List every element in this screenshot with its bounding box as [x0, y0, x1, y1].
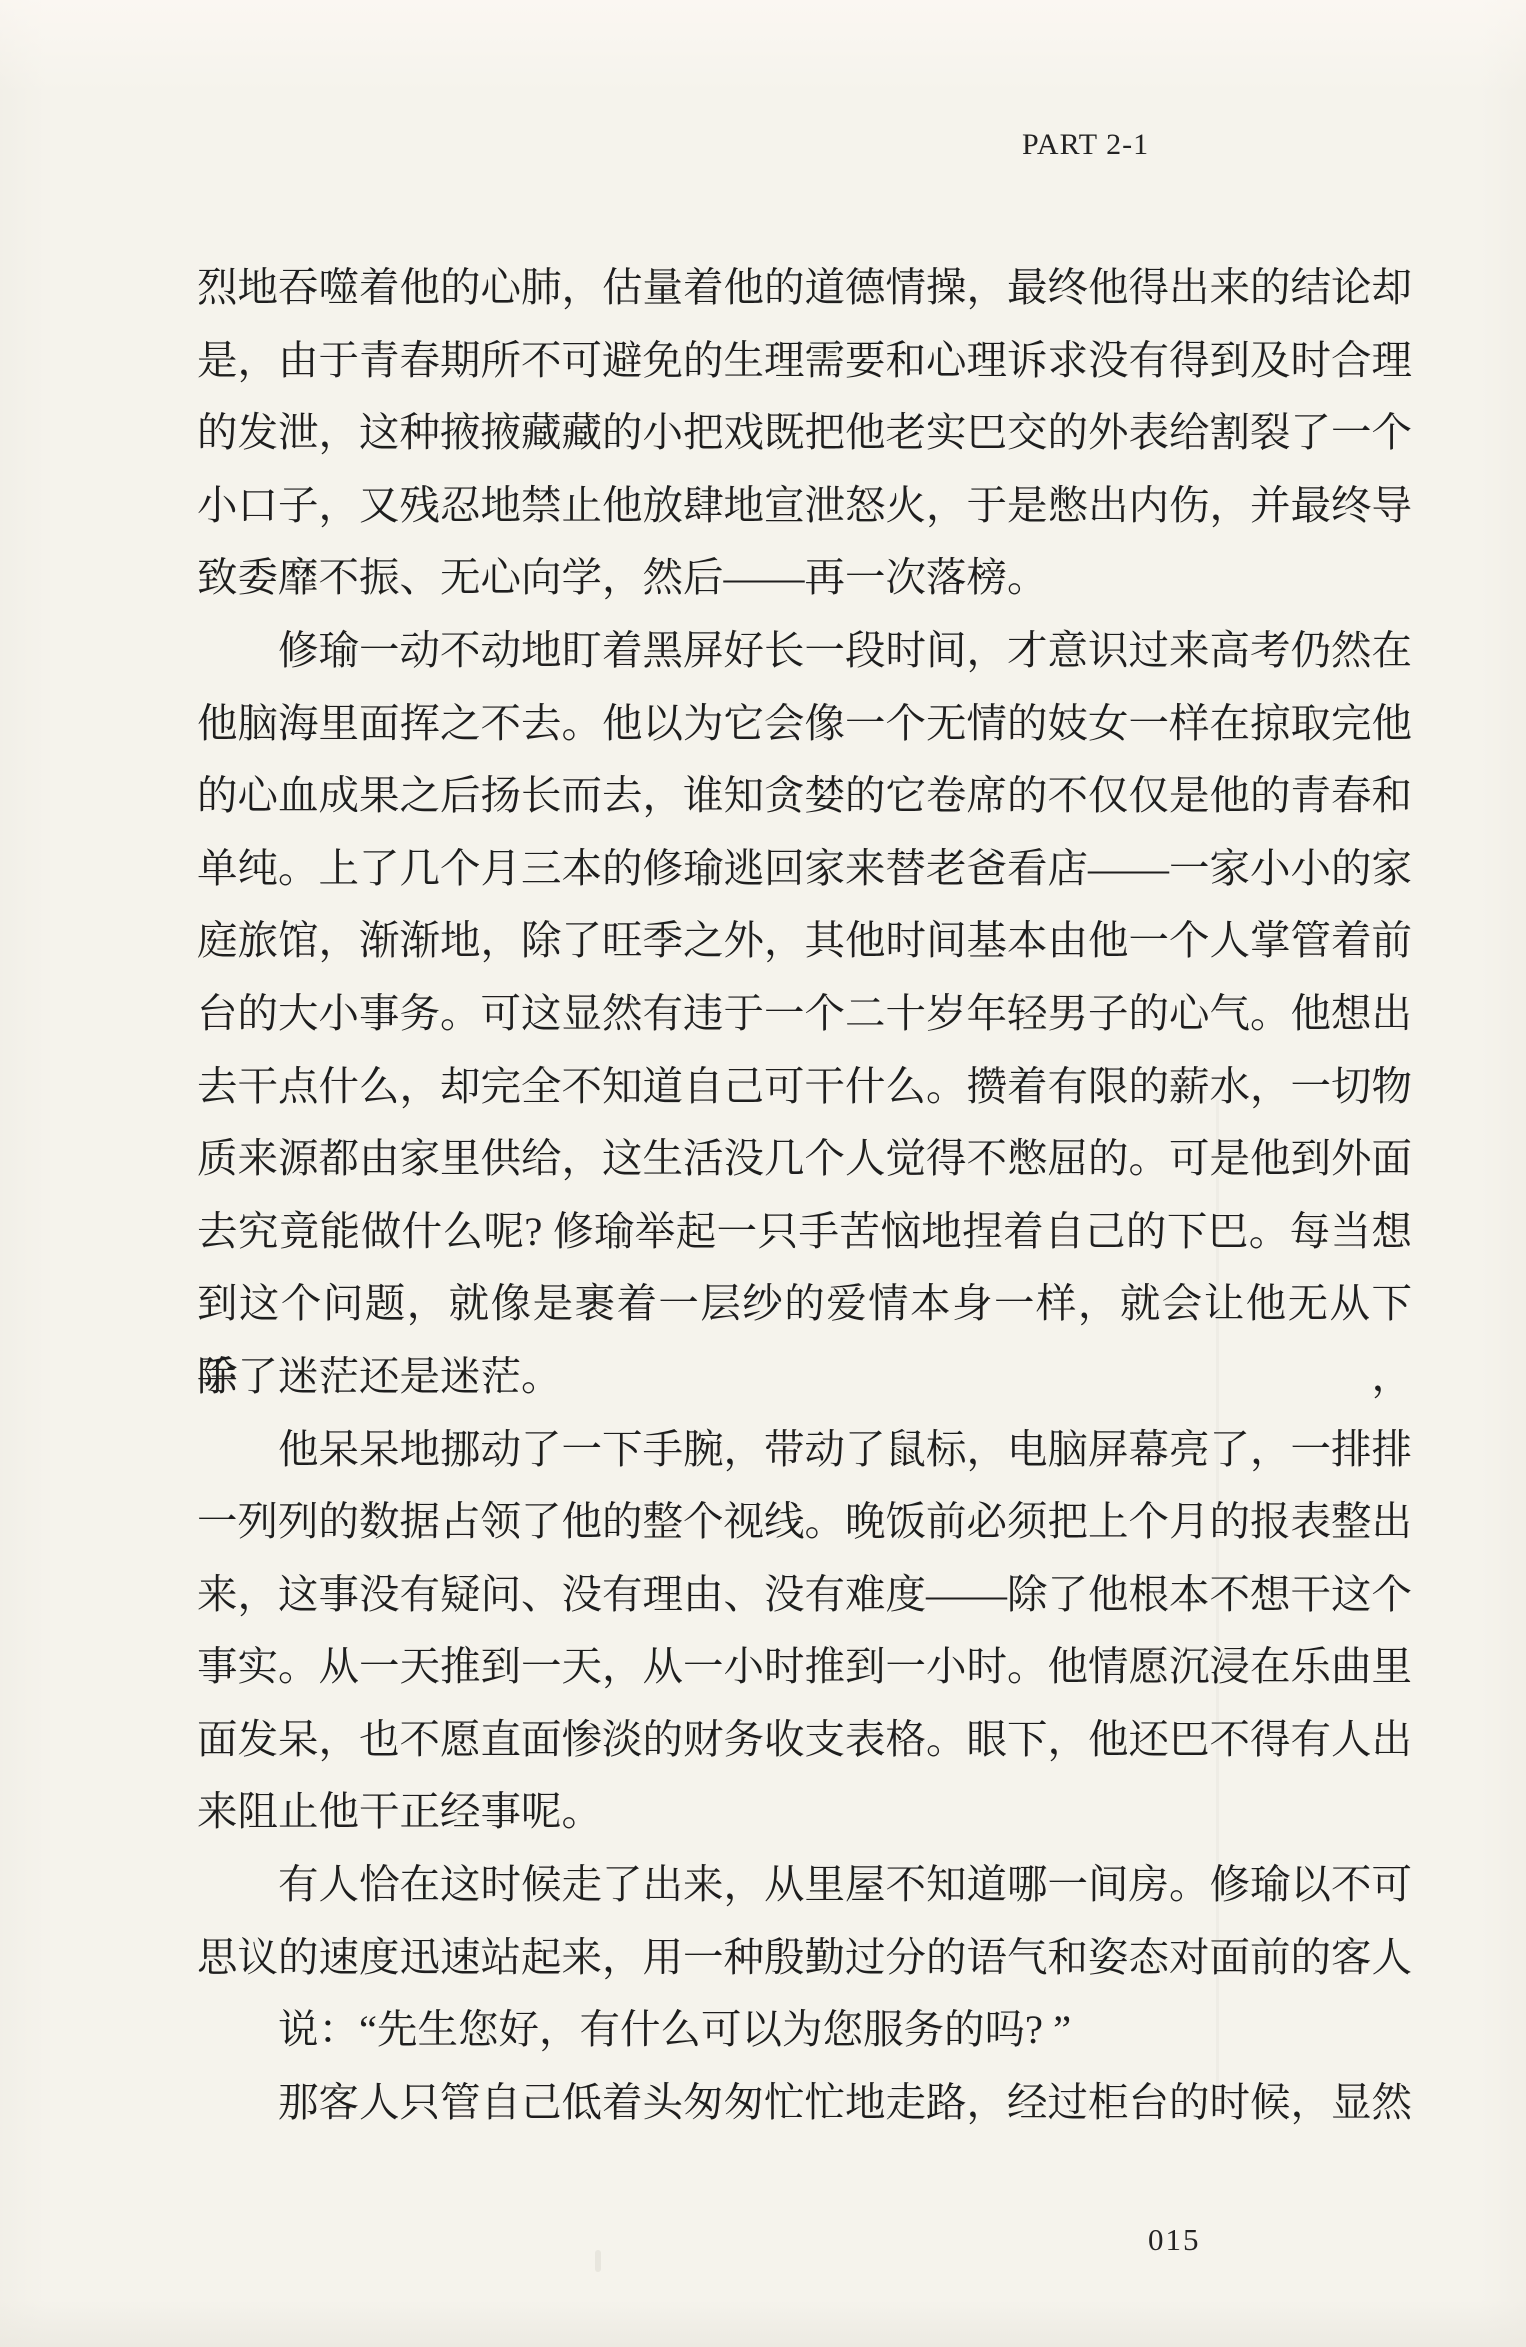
text-line: 庭旅馆，渐渐地，除了旺季之外，其他时间基本由他一个人掌管着前	[197, 905, 1412, 978]
text-line: 小口子，又残忍地禁止他放肆地宣泄怒火，于是憋出内伤，并最终导	[197, 470, 1412, 543]
scan-smudge-artifact	[595, 2250, 601, 2272]
text-line: 那客人只管自己低着头匆匆忙忙地走路，经过柜台的时候，显然	[197, 2067, 1412, 2140]
text-line: 一列列的数据占领了他的整个视线。晚饭前必须把上个月的报表整出	[197, 1486, 1412, 1559]
text-line: 他脑海里面挥之不去。他以为它会像一个无情的妓女一样在掠取完他	[197, 688, 1412, 761]
text-line: 事实。从一天推到一天，从一小时推到一小时。他情愿沉浸在乐曲里	[197, 1631, 1412, 1704]
text-line: 面发呆，也不愿直面惨淡的财务收支表格。眼下，他还巴不得有人出	[197, 1704, 1412, 1777]
page-number: 015	[1148, 2222, 1201, 2258]
text-line: 是，由于青春期所不可避免的生理需要和心理诉求没有得到及时合理	[197, 325, 1412, 398]
text-line: 来，这事没有疑问、没有理由、没有难度——除了他根本不想干这个	[197, 1559, 1412, 1632]
text-line: 来阻止他干正经事呢。	[197, 1776, 1412, 1849]
text-line: 去究竟能做什么呢? 修瑜举起一只手苦恼地捏着自己的下巴。每当想	[197, 1196, 1412, 1269]
running-header: PART 2-1	[1022, 128, 1172, 162]
text-line: 修瑜一动不动地盯着黑屏好长一段时间，才意识过来高考仍然在	[197, 615, 1412, 688]
text-line: 烈地吞噬着他的心肺，估量着他的道德情操，最终他得出来的结论却	[197, 252, 1412, 325]
text-line: 到这个问题，就像是裹着一层纱的爱情本身一样，就会让他无从下手，	[197, 1268, 1412, 1341]
book-page: PART 2-1 烈地吞噬着他的心肺，估量着他的道德情操，最终他得出来的结论却 …	[0, 0, 1526, 2347]
text-line: 单纯。上了几个月三本的修瑜逃回家来替老爸看店——一家小小的家	[197, 833, 1412, 906]
text-line: 台的大小事务。可这显然有违于一个二十岁年轻男子的心气。他想出	[197, 978, 1412, 1051]
text-line: 质来源都由家里供给，这生活没几个人觉得不憋屈的。可是他到外面	[197, 1123, 1412, 1196]
text-line: 的发泄，这种掖掖藏藏的小把戏既把他老实巴交的外表给割裂了一个	[197, 397, 1412, 470]
text-line: 致委靡不振、无心向学，然后——再一次落榜。	[197, 542, 1412, 615]
text-line: 去干点什么，却完全不知道自己可干什么。攒着有限的薪水，一切物	[197, 1051, 1412, 1124]
text-line: 的心血成果之后扬长而去，谁知贪婪的它卷席的不仅仅是他的青春和	[197, 760, 1412, 833]
text-line: 有人恰在这时候走了出来，从里屋不知道哪一间房。修瑜以不可	[197, 1849, 1412, 1922]
text-line: 思议的速度迅速站起来，用一种殷勤过分的语气和姿态对面前的客人	[197, 1922, 1412, 1995]
body-text: 烈地吞噬着他的心肺，估量着他的道德情操，最终他得出来的结论却 是，由于青春期所不…	[197, 252, 1412, 2139]
text-line: 他呆呆地挪动了一下手腕，带动了鼠标，电脑屏幕亮了，一排排	[197, 1414, 1412, 1487]
text-line: 说：“先生您好，有什么可以为您服务的吗? ”	[197, 1994, 1412, 2067]
